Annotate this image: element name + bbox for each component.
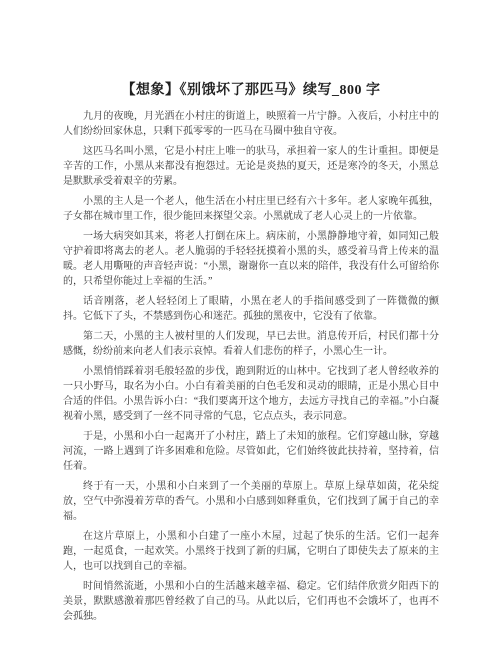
document-title: 【想象】《别饿坏了那匹马》续写_800 字 — [63, 82, 439, 99]
paragraph-3: 小黑的主人是一个老人，他生活在小村庄里已经有六十多年。老人家晚年孤独，子女都在城… — [63, 194, 439, 224]
paragraph-9: 终于有一天，小黑和小白来到了一个美丽的草原上。草原上绿草如茵，花朵绽放，空气中弥… — [63, 479, 439, 524]
document-page: 【想象】《别饿坏了那匹马》续写_800 字 九月的夜晚，月光洒在小村庄的街道上，… — [0, 0, 502, 649]
paragraph-2: 这匹马名叫小黑，它是小村庄上唯一的驮马，承担着一家人的生计重担。即便是辛苦的工作… — [63, 144, 439, 189]
paragraph-7: 小黑悄悄踩着羽毛般轻盈的步伐，跑到附近的山林中。它找到了老人曾经收养的一只小野马… — [63, 364, 439, 424]
document-body: 九月的夜晚，月光洒在小村庄的街道上，映照着一片宁静。入夜后，小村庄中的人们纷纷回… — [63, 109, 439, 624]
paragraph-6: 第二天，小黑的主人被村里的人们发现，早已去世。消息传开后，村民们都十分感慨，纷纷… — [63, 329, 439, 359]
paragraph-4: 一场大病突如其来，将老人打倒在床上。病床前，小黑静静地守着，如同知己般守护着即将… — [63, 229, 439, 289]
paragraph-10: 在这片草原上，小黑和小白建了一座小木屋，过起了快乐的生活。它们一起奔跑，一起觅食… — [63, 529, 439, 574]
paragraph-8: 于是，小黑和小白一起离开了小村庄，踏上了未知的旅程。它们穿越山脉，穿越河流，一路… — [63, 429, 439, 474]
paragraph-11: 时间悄然流逝，小黑和小白的生活越来越幸福、稳定。它们结伴欣赏夕阳西下的美景，默默… — [63, 579, 439, 624]
paragraph-5: 话音刚落，老人轻轻闭上了眼睛，小黑在老人的手指间感受到了一阵微微的颤抖。它低下了… — [63, 294, 439, 324]
paragraph-1: 九月的夜晚，月光洒在小村庄的街道上，映照着一片宁静。入夜后，小村庄中的人们纷纷回… — [63, 109, 439, 139]
